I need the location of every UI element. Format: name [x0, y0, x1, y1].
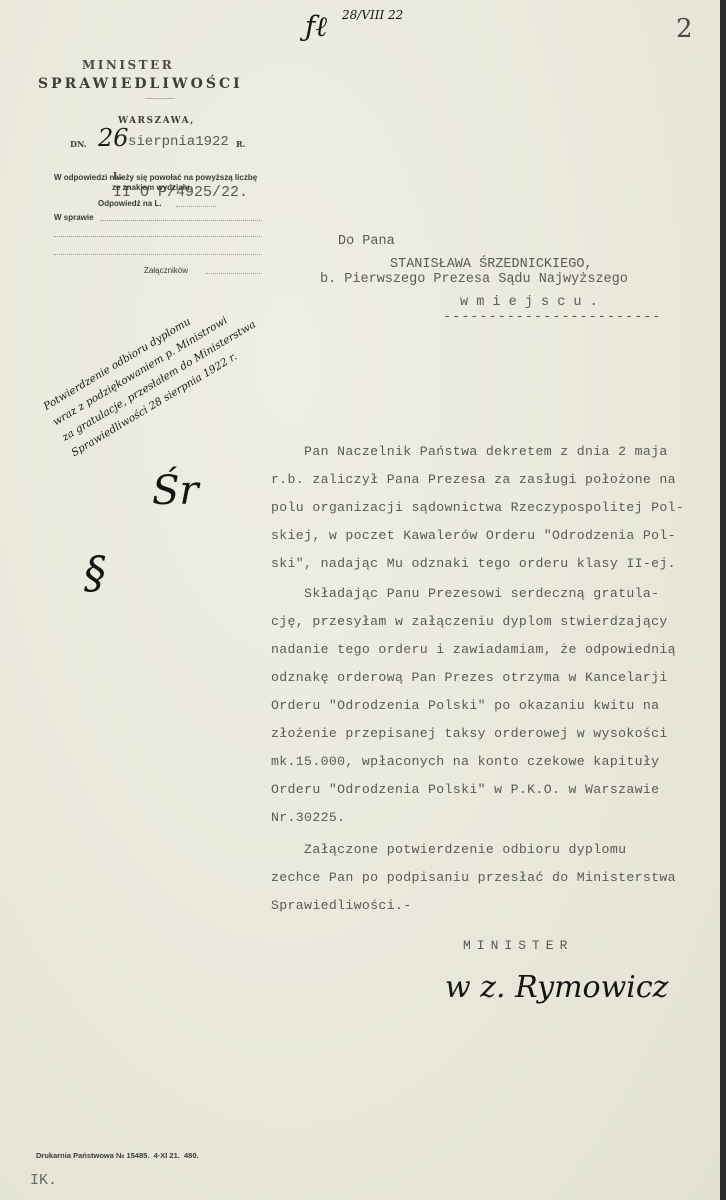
body-line: odznakę orderową Pan Prezes otrzyma w Ka… — [271, 670, 668, 685]
matter-field-line2 — [54, 236, 262, 237]
matter-label: W sprawie — [54, 213, 94, 222]
addressee-name: STANISŁAWA ŚRZEDNICKIEGO, — [390, 257, 593, 272]
handwritten-initials-top: ƒℓ — [305, 10, 327, 44]
body-line: Składając Panu Prezesowi serdeczną gratu… — [271, 586, 659, 601]
addressee-title: b. Pierwszego Prezesa Sądu Najwyższego — [320, 272, 628, 287]
body-line: Załączone potwierdzenie odbioru dyplomu — [271, 842, 626, 857]
body-line: Nr.30225. — [271, 810, 345, 825]
body-line: skiej, w poczet Kawalerów Orderu "Odrodz… — [271, 528, 676, 543]
body-line: r.b. zaliczył Pana Prezesa za zasługi po… — [271, 472, 676, 487]
letter-page: MINISTER SPRAWIEDLIWOŚCI WARSZAWA, DN. 2… — [0, 0, 726, 1200]
minister-signature: w z. Rymowicz — [445, 970, 669, 1005]
reply-instruction-line1: W odpowiedzi należy się powołać na powyż… — [54, 173, 257, 182]
closing-title: MINISTER — [463, 938, 573, 953]
reply-instruction-line2: ze znakiem wydziału. — [112, 183, 192, 192]
addressee-salutation: Do Pana — [338, 234, 395, 249]
printer-imprint: Drukarnia Państwowa № 15485. 4·XI 21. 48… — [36, 1151, 199, 1160]
page-number: 2 — [676, 14, 693, 44]
body-line: złożenie przepisanej taksy orderowej w w… — [271, 726, 668, 741]
attachments-label: Załączników — [144, 266, 188, 275]
reply-to-label: Odpowiedź na L. — [98, 199, 162, 208]
addressee-underline: ------------------------ — [443, 310, 661, 325]
letterhead-city: WARSZAWA, — [118, 116, 195, 126]
body-line: Orderu "Odrodzenia Polski" po okazaniu k… — [271, 698, 659, 713]
margin-flourish: § — [84, 548, 106, 599]
body-line: ski", nadając Mu odznaki tego orderu kla… — [271, 556, 676, 571]
date-prefix: DN. — [70, 139, 87, 149]
date-day-handwritten: 26 — [98, 124, 129, 152]
letterhead-divider — [145, 98, 175, 99]
date-month-year: sierpnia1922 — [128, 134, 229, 150]
margin-initials: Śr — [152, 468, 199, 514]
letterhead-title-minister: MINISTER — [82, 58, 174, 72]
body-line: nadanie tego orderu i zawiadamiam, że od… — [271, 642, 676, 657]
typist-initials: IK. — [30, 1172, 57, 1189]
matter-field-line3 — [54, 254, 262, 255]
handwritten-receipt-date: 28/VIII 22 — [342, 8, 403, 22]
body-line: Sprawiedliwości.- — [271, 898, 411, 913]
body-line: mk.15.000, wpłaconych na konto czekowe k… — [271, 754, 659, 769]
body-line: cję, przesyłam w załączeniu dyplom stwie… — [271, 614, 668, 629]
handwritten-margin-note: Potwierdzenie odbioru dyplomu wraz z pod… — [40, 266, 300, 462]
body-line: polu organizacji sądownictwa Rzeczypospo… — [271, 500, 684, 515]
addressee-location: w m i e j s c u . — [460, 295, 598, 310]
matter-field-line1 — [100, 220, 262, 221]
letterhead-title-ministry: SPRAWIEDLIWOŚCI — [38, 76, 243, 92]
body-line: Orderu "Odrodzenia Polski" w P.K.O. w Wa… — [271, 782, 659, 797]
body-line: Pan Naczelnik Państwa dekretem z dnia 2 … — [271, 444, 668, 459]
body-line: zechce Pan po podpisaniu przesłać do Min… — [271, 870, 676, 885]
reply-to-field — [176, 206, 216, 207]
date-suffix: R. — [236, 139, 245, 149]
